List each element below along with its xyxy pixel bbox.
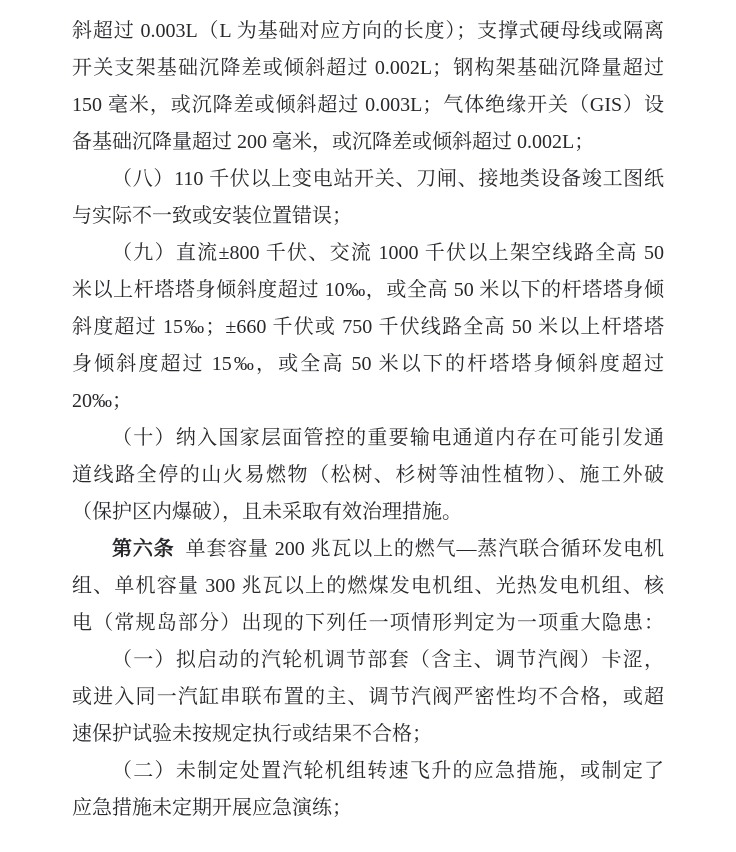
text-line: 斜超过 0.003L（L 为基础对应方向的长度）；支撑式硬母线或隔离 (72, 13, 664, 50)
paragraph-item-9: （九）直流±800 千伏、交流 1000 千伏以上架空线路全高 50 米以上杆塔… (72, 235, 664, 420)
text-line: 道线路全停的山火易燃物（松树、杉树等油性植物）、施工外破 (72, 457, 664, 494)
text-line: （二）未制定处置汽轮机组转速飞升的应急措施，或制定了 (72, 753, 664, 790)
text-line: 150 毫米，或沉降差或倾斜超过 0.003L；气体绝缘开关（GIS）设 (72, 87, 664, 124)
text-line: 斜度超过 15‰；±660 千伏或 750 千伏线路全高 50 米以上杆塔塔 (72, 309, 664, 346)
paragraph-continuation: 斜超过 0.003L（L 为基础对应方向的长度）；支撑式硬母线或隔离 开关支架基… (72, 13, 664, 161)
paragraph-item-2: （二）未制定处置汽轮机组转速飞升的应急措施，或制定了 应急措施未定期开展应急演练… (72, 753, 664, 827)
text-line: （保护区内爆破），且未采取有效治理措施。 (72, 494, 664, 531)
text-line: 身倾斜度超过 15‰，或全高 50 米以下的杆塔塔身倾斜度超过 (72, 346, 664, 383)
text-line: （八）110 千伏以上变电站开关、刀闸、接地类设备竣工图纸 (72, 161, 664, 198)
text-line: 备基础沉降量超过 200 毫米，或沉降差或倾斜超过 0.002L； (72, 124, 664, 161)
document-text-block: 斜超过 0.003L（L 为基础对应方向的长度）；支撑式硬母线或隔离 开关支架基… (72, 13, 664, 827)
text-line: （一）拟启动的汽轮机调节部套（含主、调节汽阀）卡涩， (72, 642, 664, 679)
document-page: 斜超过 0.003L（L 为基础对应方向的长度）；支撑式硬母线或隔离 开关支架基… (0, 0, 736, 852)
article-number-label: 第六条 (112, 538, 175, 560)
text-line-article: 第六条单套容量 200 兆瓦以上的燃气—蒸汽联合循环发电机 (72, 531, 664, 568)
text-line: 米以上杆塔塔身倾斜度超过 10‰，或全高 50 米以下的杆塔塔身倾 (72, 272, 664, 309)
text-line: 与实际不一致或安装位置错误； (72, 198, 664, 235)
text-line: 电（常规岛部分）出现的下列任一项情形判定为一项重大隐患： (72, 605, 664, 642)
text-line: （九）直流±800 千伏、交流 1000 千伏以上架空线路全高 50 (72, 235, 664, 272)
paragraph-article-6: 第六条单套容量 200 兆瓦以上的燃气—蒸汽联合循环发电机 组、单机容量 300… (72, 531, 664, 642)
paragraph-item-1: （一）拟启动的汽轮机调节部套（含主、调节汽阀）卡涩， 或进入同一汽缸串联布置的主… (72, 642, 664, 753)
text-line: 应急措施未定期开展应急演练； (72, 790, 664, 827)
article-text: 单套容量 200 兆瓦以上的燃气—蒸汽联合循环发电机 (186, 538, 664, 560)
text-line: 开关支架基础沉降差或倾斜超过 0.002L；钢构架基础沉降量超过 (72, 50, 664, 87)
text-line: 组、单机容量 300 兆瓦以上的燃煤发电机组、光热发电机组、核 (72, 568, 664, 605)
text-line: 20‰； (72, 383, 664, 420)
text-line: （十）纳入国家层面管控的重要输电通道内存在可能引发通 (72, 420, 664, 457)
text-line: 速保护试验未按规定执行或结果不合格； (72, 716, 664, 753)
paragraph-item-10: （十）纳入国家层面管控的重要输电通道内存在可能引发通 道线路全停的山火易燃物（松… (72, 420, 664, 531)
paragraph-item-8: （八）110 千伏以上变电站开关、刀闸、接地类设备竣工图纸 与实际不一致或安装位… (72, 161, 664, 235)
text-line: 或进入同一汽缸串联布置的主、调节汽阀严密性均不合格，或超 (72, 679, 664, 716)
